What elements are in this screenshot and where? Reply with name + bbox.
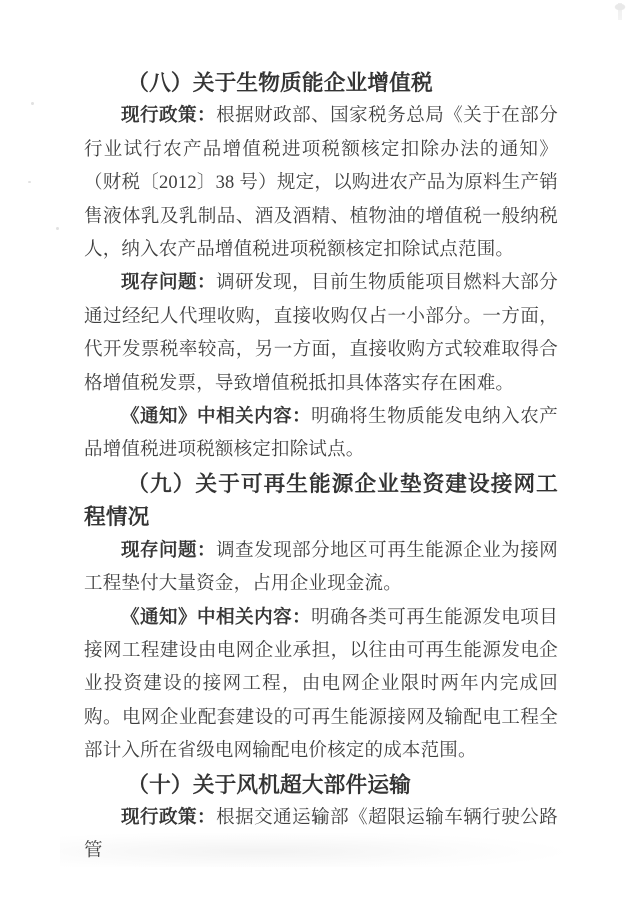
paragraph-label: 现存问题： [121, 273, 216, 293]
paragraph-label: 现行政策： [121, 106, 216, 126]
paragraph-label: 现存问题： [121, 541, 216, 561]
section-heading-9: （九）关于可再生能源企业垫资建设接网工程情况 [84, 468, 558, 535]
paragraph-text: 根据财政部、国家税务总局《关于在部分行业试行农产品增值税进项税额核定扣除办法的通… [84, 106, 558, 260]
section-heading-10: （十）关于风机超大部件运输 [84, 769, 558, 802]
paragraph: 现存问题：调研发现，目前生物质能项目燃料大部分通过经纪人代理收购，直接收购仅占一… [84, 267, 558, 401]
scan-speck [31, 102, 34, 105]
document-body: （八）关于生物质能企业增值税 现行政策：根据财政部、国家税务总局《关于在部分行业… [84, 67, 558, 869]
paragraph: 《通知》中相关内容：明确将生物质能发电纳入农产品增值税进项税额核定扣除试点。 [84, 401, 558, 468]
scan-smudge [612, 3, 628, 20]
paragraph-label: 《通知》中相关内容： [121, 407, 311, 427]
page-number: 11 [0, 812, 640, 827]
paragraph: 现行政策：根据财政部、国家税务总局《关于在部分行业试行农产品增值税进项税额核定扣… [84, 100, 558, 267]
paragraph-label: 《通知》中相关内容： [121, 608, 311, 628]
section-heading-8: （八）关于生物质能企业增值税 [84, 67, 558, 100]
paragraph: 《通知》中相关内容：明确各类可再生能源发电项目接网工程建设由电网企业承担，以往由… [84, 602, 558, 769]
paragraph: 现存问题：调查发现部分地区可再生能源企业为接网工程垫付大量资金，占用企业现金流。 [84, 535, 558, 602]
scan-speck [28, 181, 31, 183]
scan-speck [56, 227, 59, 230]
scanned-document-page: （八）关于生物质能企业增值税 现行政策：根据财政部、国家税务总局《关于在部分行业… [0, 0, 640, 905]
paragraph-text: 明确各类可再生能源发电项目接网工程建设由电网企业承担，以往由可再生能源发电企业投… [84, 608, 558, 762]
